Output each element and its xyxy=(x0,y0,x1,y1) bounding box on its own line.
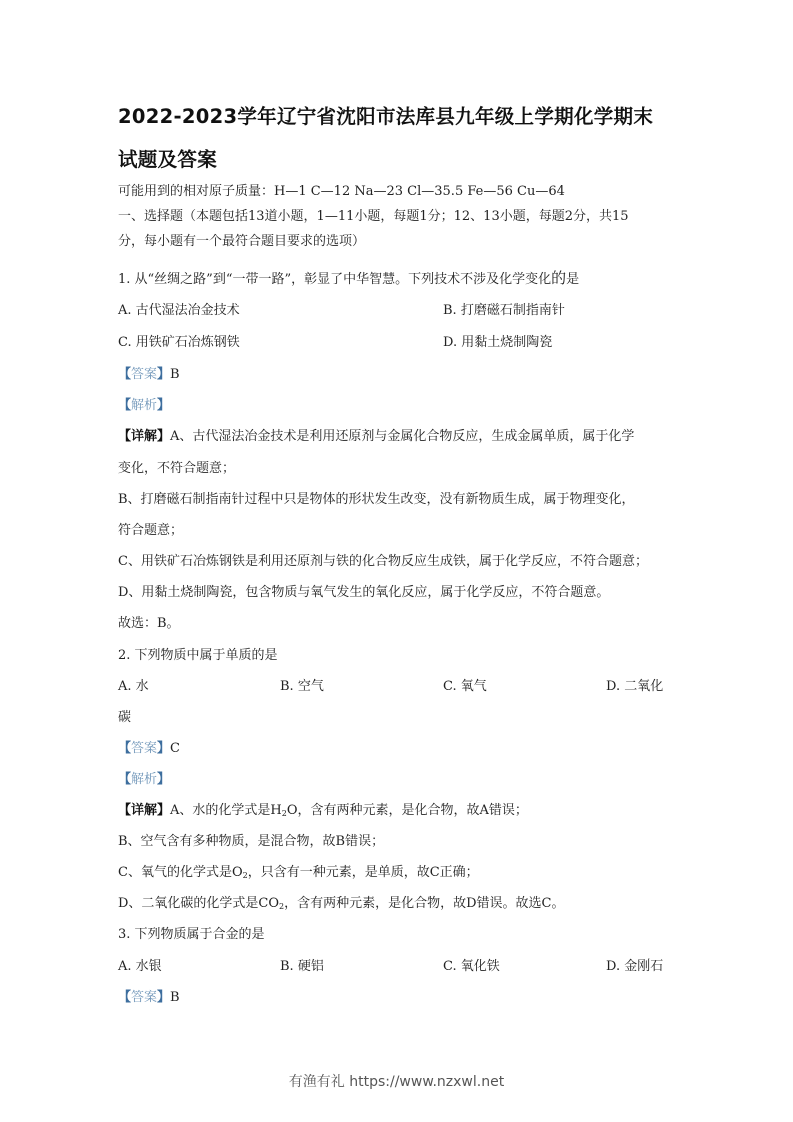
question-2-option-b: B. 空气 xyxy=(280,679,324,695)
atomic-masses: 可能用到的相对原子质量：H—1 C—12 Na—23 Cl—35.5 Fe—56… xyxy=(118,184,565,200)
question-1-detail-line-1: 【详解】A、古代湿法冶金技术是利用还原剂与金属化合物反应，生成金属单质，属于化学 xyxy=(118,429,634,445)
section-header-line-2: 分，每小题有一个最符合题目要求的选项） xyxy=(118,234,365,250)
detail-label: 【详解】 xyxy=(118,803,170,818)
analysis-label: 【解析】 xyxy=(118,772,170,787)
question-1-detail-line-2: 变化，不符合题意； xyxy=(118,461,235,477)
question-1-option-b: B. 打磨磁石制指南针 xyxy=(443,303,565,319)
question-2-answer: 【答案】C xyxy=(118,741,180,757)
question-1-stem: 1. 从“丝绸之路”到“一带一路”，彰显了中华智慧。下列技术不涉及化学变化的是 xyxy=(118,270,579,288)
detail-label: 【详解】 xyxy=(118,429,170,444)
question-1-conclusion: 故选：B。 xyxy=(118,616,180,632)
question-2-option-d: D. 二氧化 xyxy=(606,679,663,695)
question-1-option-a: A. 古代湿法冶金技术 xyxy=(118,303,240,319)
footer-watermark: 有渔有礼 https://www.nzxwl.net xyxy=(0,1071,793,1091)
question-2-detail-line-c: C、氧气的化学式是O2，只含有一种元素，是单质，故C正确； xyxy=(118,865,479,884)
question-2-stem: 2. 下列物质中属于单质的是 xyxy=(118,648,278,664)
question-2-detail-line-d: D、二氧化碳的化学式是CO2，含有两种元素，是化合物，故D错误。故选C。 xyxy=(118,896,565,915)
question-1-stem-end: 是 xyxy=(566,272,579,287)
question-3-stem: 3. 下列物质属于合金的是 xyxy=(118,927,265,943)
question-1-detail-line-5: C、用铁矿石冶炼钢铁是利用还原剂与铁的化合物反应生成铁，属于化学反应，不符合题意… xyxy=(118,554,648,570)
question-1-answer: 【答案】B xyxy=(118,367,180,383)
question-1-stem-de: 的 xyxy=(551,269,566,287)
question-1-detail-line-3: B、打磨磁石制指南针过程中只是物体的形状发生改变，没有新物质生成，属于物理变化， xyxy=(118,492,635,508)
question-1-option-d: D. 用黏土烧制陶瓷 xyxy=(443,335,552,351)
question-2-option-d-wrap: 碳 xyxy=(118,710,131,726)
question-2-detail-line-b: B、空气含有多种物质，是混合物，故B错误； xyxy=(118,834,384,850)
document-title-line-2: 试题及答案 xyxy=(118,144,698,172)
question-1-analysis-label: 【解析】 xyxy=(118,398,170,414)
question-1-option-c: C. 用铁矿石冶炼钢铁 xyxy=(118,335,240,351)
answer-value: C xyxy=(170,741,180,756)
answer-label: 【答案】 xyxy=(118,741,170,756)
question-3-option-d: D. 金刚石 xyxy=(606,959,663,975)
question-3-option-a: A. 水银 xyxy=(118,959,162,975)
analysis-label: 【解析】 xyxy=(118,398,170,413)
question-3-answer: 【答案】B xyxy=(118,990,180,1006)
answer-label: 【答案】 xyxy=(118,367,170,382)
answer-label: 【答案】 xyxy=(118,990,170,1005)
question-3-option-c: C. 氧化铁 xyxy=(443,959,500,975)
question-2-option-a: A. 水 xyxy=(118,679,149,695)
question-2-option-c: C. 氧气 xyxy=(443,679,487,695)
answer-value: B xyxy=(170,990,180,1005)
section-header-line-1: 一、选择题（本题包括13道小题，1—11小题，每题1分；12、13小题，每题2分… xyxy=(118,209,629,225)
question-2-analysis-label: 【解析】 xyxy=(118,772,170,788)
question-1-stem-text: 1. 从“丝绸之路”到“一带一路”，彰显了中华智慧。下列技术不涉及化学变化 xyxy=(118,272,551,287)
question-1-detail-line-4: 符合题意； xyxy=(118,523,183,539)
question-2-detail-line-a: 【详解】A、水的化学式是H2O，含有两种元素，是化合物，故A错误； xyxy=(118,803,528,822)
question-1-detail-line-6: D、用黏土烧制陶瓷，包含物质与氧气发生的氧化反应，属于化学反应，不符合题意。 xyxy=(118,585,609,601)
question-3-option-b: B. 硬铝 xyxy=(280,959,324,975)
document-title-line-1: 2022-2023学年辽宁省沈阳市法库县九年级上学期化学期末 xyxy=(118,101,698,129)
answer-value: B xyxy=(170,367,180,382)
